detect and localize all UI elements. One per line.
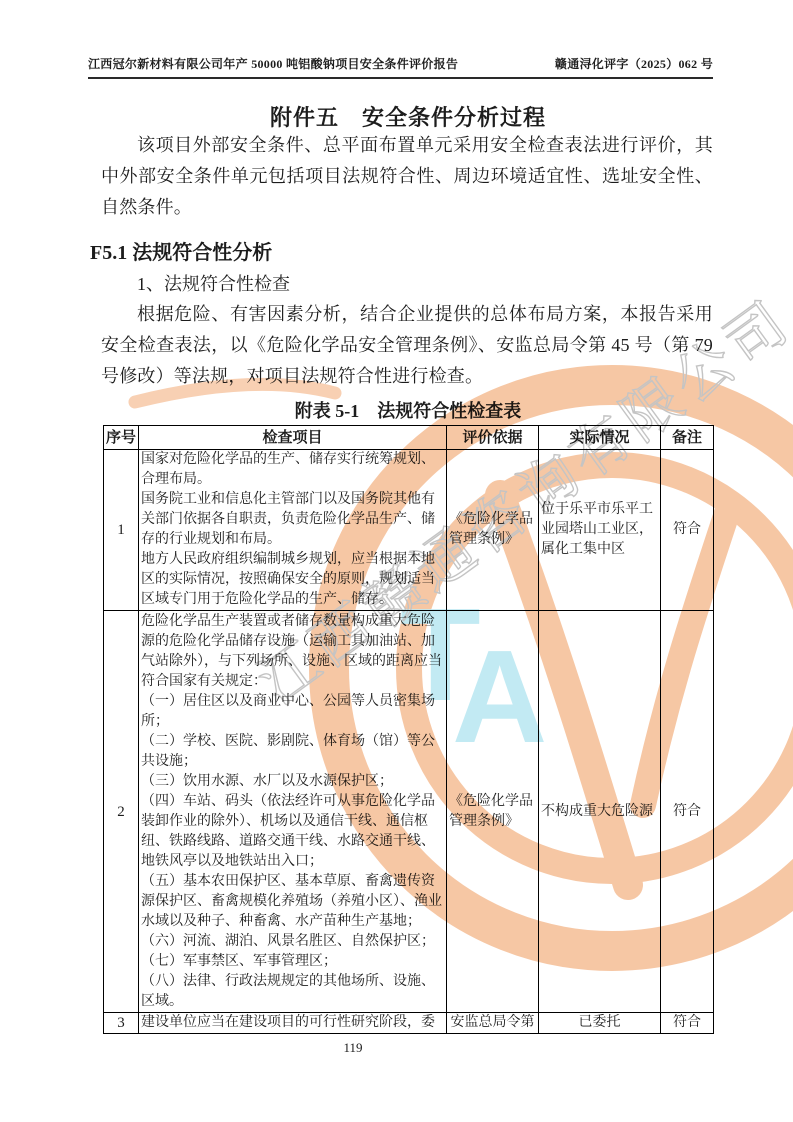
col-header-basis: 评价依据 [447,426,539,450]
cell-basis: 《危险化学品管理条例》 [447,450,539,611]
cell-actual: 不构成重大危险源 [539,611,661,1013]
table-row: 1 国家对危险化学品的生产、储存实行统筹规划、合理布局。 国务院工业和信息化主管… [104,450,714,611]
checklist-table: 序号 检查项目 评价依据 实际情况 备注 1 国家对危险化学品的生产、储存实行统… [103,425,714,1034]
cell-actual: 位于乐平市乐平工业园塔山工业区，属化工集中区 [539,450,661,611]
header-document-number: 赣通浔化评字（2025）062 号 [555,55,713,72]
cell-actual: 已委托 [539,1013,661,1034]
cell-remark: 符合 [661,450,714,611]
col-header-remark: 备注 [661,426,714,450]
page-number: 119 [103,1040,603,1056]
table-row: 3 建设单位应当在建设项目的可行性研究阶段，委 安监总局令第 已委托 符合 [104,1013,714,1034]
table-header-row: 序号 检查项目 评价依据 实际情况 备注 [104,426,714,450]
cell-no: 2 [104,611,139,1013]
cell-no: 1 [104,450,139,611]
col-header-item: 检查项目 [139,426,447,450]
cell-basis: 安监总局令第 [447,1013,539,1034]
section-paragraph: 根据危险、有害因素分析，结合企业提供的总体布局方案，本报告采用安全检查表法，以《… [101,299,713,392]
page-title: 附件五 安全条件分析过程 [103,101,713,132]
cell-check-item: 危险化学品生产装置或者储存数量构成重大危险源的危险化学品储存设施（运输工具加油站… [139,611,447,1013]
col-header-no: 序号 [104,426,139,450]
checklist-table-wrapper: 序号 检查项目 评价依据 实际情况 备注 1 国家对危险化学品的生产、储存实行统… [103,425,713,1034]
page-header: 江西冠尔新材料有限公司年产 50000 吨铝酸钠项目安全条件评价报告 赣通浔化评… [88,55,713,79]
header-report-title: 江西冠尔新材料有限公司年产 50000 吨铝酸钠项目安全条件评价报告 [88,55,458,72]
table-caption: 附表 5-1 法规符合性检查表 [103,397,713,423]
cell-check-item: 建设单位应当在建设项目的可行性研究阶段，委 [139,1013,447,1034]
cell-remark: 符合 [661,1013,714,1034]
intro-paragraph: 该项目外部安全条件、总平面布置单元采用安全检查表法进行评价，其中外部安全条件单元… [101,130,713,223]
cell-basis: 《危险化学品管理条例》 [447,611,539,1013]
table-row: 2 危险化学品生产装置或者储存数量构成重大危险源的危险化学品储存设施（运输工具加… [104,611,714,1013]
cell-no: 3 [104,1013,139,1034]
cell-check-item: 国家对危险化学品的生产、储存实行统筹规划、合理布局。 国务院工业和信息化主管部门… [139,450,447,611]
section-heading: F5.1 法规符合性分析 [90,236,710,265]
cell-remark: 符合 [661,611,714,1013]
col-header-actual: 实际情况 [539,426,661,450]
document-page: 江西冠尔新材料有限公司年产 50000 吨铝酸钠项目安全条件评价报告 赣通浔化评… [0,0,793,1122]
section-list-item: 1、法规符合性检查 [101,270,713,296]
